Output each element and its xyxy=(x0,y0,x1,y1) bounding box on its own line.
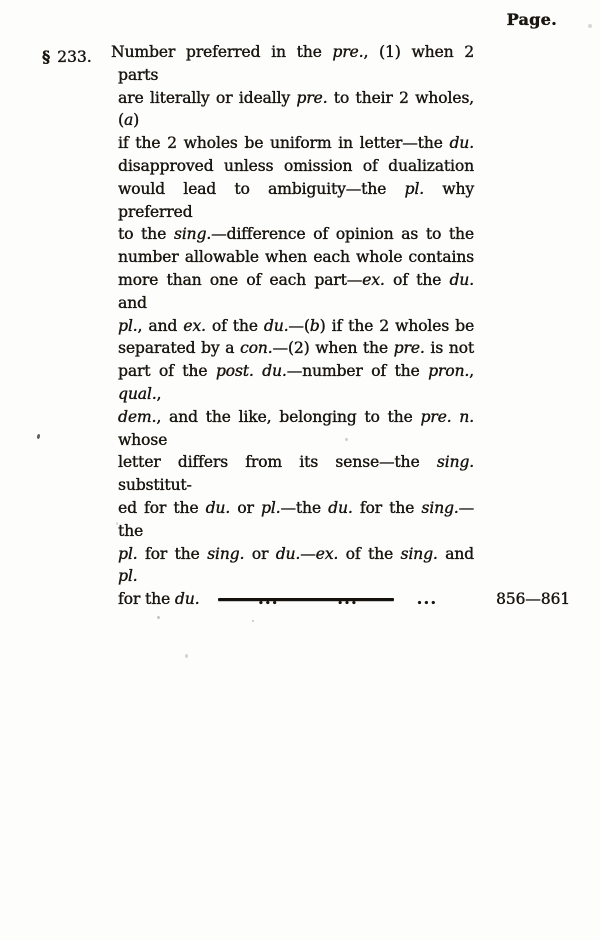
text-run: ) xyxy=(133,111,139,129)
entry-line: would lead to ambiguity—the pl. why pref… xyxy=(118,178,474,224)
abbreviation-italic: du. xyxy=(328,499,353,517)
last-line-text: for the du. xyxy=(118,588,199,611)
scan-speck xyxy=(252,620,254,622)
entry-line: to the sing.—difference of opinion as to… xyxy=(118,223,474,246)
text-run: separated by a xyxy=(118,339,240,357)
abbreviation-italic: ex. xyxy=(183,317,206,335)
entry-line: number allowable when each whole contain… xyxy=(118,246,474,269)
abbreviation-italic: con. xyxy=(240,339,273,357)
text-run: of the xyxy=(385,271,450,289)
entry-line: separated by a con.—(2) when the pre. is… xyxy=(118,337,474,360)
section-number: §233. xyxy=(42,47,92,66)
abbreviation-italic: b xyxy=(310,317,320,335)
entry-line: letter differs from its sense—the sing. … xyxy=(118,451,474,497)
scan-speck xyxy=(157,616,160,619)
text-run: ) if the 2 wholes be xyxy=(320,317,474,335)
entry-lines: Number preferred in the pre., (1) when 2… xyxy=(118,41,474,588)
page-range: 856—861 xyxy=(496,588,570,611)
scan-speck xyxy=(37,434,41,440)
text-run: disapproved unless omission of dualizati… xyxy=(118,157,474,175)
text-run: —number of the xyxy=(287,362,428,380)
text-run: whose xyxy=(118,431,167,449)
abbreviation-italic: ex. xyxy=(362,271,385,289)
text-run: —the xyxy=(280,499,328,517)
abbreviation-italic: du. xyxy=(206,499,231,517)
leader-dots: ... xyxy=(417,588,438,611)
text-run: would lead to ambiguity—the xyxy=(118,180,405,198)
text-run: —( xyxy=(288,317,309,335)
text-run: and xyxy=(438,545,474,563)
text-run: letter differs from its sense—the xyxy=(118,453,437,471)
text-run: for the xyxy=(353,499,422,517)
scan-speck xyxy=(116,522,118,525)
abbreviation-italic: pre. n. xyxy=(420,408,474,426)
text-run: if the 2 wholes be uniform in letter—the xyxy=(118,134,449,152)
abbreviation-italic: du. xyxy=(175,590,200,608)
book-page: Page. §233. Number preferred in the pre.… xyxy=(0,0,600,940)
text-run: —(2) when the xyxy=(273,339,394,357)
abbreviation-italic: du. xyxy=(264,317,289,335)
entry-line: part of the post. du.—number of the pron… xyxy=(118,360,474,406)
scan-speck xyxy=(588,24,592,28)
text-run: and xyxy=(118,294,147,312)
text-run: Number preferred in the xyxy=(111,43,332,61)
text-run: of the xyxy=(206,317,264,335)
text-run: to the xyxy=(118,225,174,243)
text-run: for the xyxy=(118,590,175,608)
abbreviation-italic: sing. xyxy=(421,499,458,517)
abbreviation-italic: pl. xyxy=(118,567,138,585)
page-column-label: Page. xyxy=(507,10,557,29)
text-run: for the xyxy=(138,545,208,563)
text-run: or xyxy=(244,545,275,563)
text-run: , and the like, belonging to the xyxy=(156,408,420,426)
section-number-text: 233. xyxy=(57,48,92,66)
text-run: — xyxy=(300,545,315,563)
abbreviation-italic: post. du. xyxy=(216,362,287,380)
text-run: , xyxy=(157,385,162,403)
abbreviation-italic: du. xyxy=(449,134,474,152)
abbreviation-italic: sing. xyxy=(400,545,437,563)
abbreviation-italic: pron. xyxy=(428,362,469,380)
abbreviation-italic: pl. xyxy=(118,317,138,335)
text-run: ed for the xyxy=(118,499,206,517)
entry-line: if the 2 wholes be uniform in letter—the… xyxy=(118,132,474,155)
entry-line: more than one of each part—ex. of the du… xyxy=(118,269,474,315)
text-run: substitut- xyxy=(118,476,192,494)
abbreviation-italic: pre. xyxy=(332,43,363,61)
entry-line: pl. for the sing. or du.—ex. of the sing… xyxy=(118,543,474,589)
text-run: part of the xyxy=(118,362,216,380)
entry-line: pl., and ex. of the du.—(b) if the 2 who… xyxy=(118,315,474,338)
text-run: are literally or ideally xyxy=(118,89,296,107)
text-run: , xyxy=(469,362,474,380)
section-divider-rule xyxy=(218,598,394,601)
entry-paragraph: Number preferred in the pre., (1) when 2… xyxy=(118,41,474,611)
text-run: number allowable when each whole contain… xyxy=(118,248,474,266)
abbreviation-italic: a xyxy=(124,111,133,129)
abbreviation-italic: du. xyxy=(449,271,474,289)
entry-line: Number preferred in the pre., (1) when 2… xyxy=(118,41,474,87)
abbreviation-italic: pre. xyxy=(394,339,425,357)
text-run: , and xyxy=(138,317,184,335)
entry-line: are literally or ideally pre. to their 2… xyxy=(118,87,474,133)
entry-line: ed for the du. or pl.—the du. for the si… xyxy=(118,497,474,543)
text-run: more than one of each part— xyxy=(118,271,362,289)
text-run: of the xyxy=(338,545,400,563)
text-run: or xyxy=(230,499,261,517)
entry-line: disapproved unless omission of dualizati… xyxy=(118,155,474,178)
abbreviation-italic: dem. xyxy=(118,408,156,426)
abbreviation-italic: pl. xyxy=(118,545,138,563)
abbreviation-italic: sing. xyxy=(207,545,244,563)
abbreviation-italic: pre. xyxy=(296,89,327,107)
section-mark: § xyxy=(42,47,50,66)
scan-speck xyxy=(345,438,348,441)
abbreviation-italic: pl. xyxy=(405,180,425,198)
abbreviation-italic: qual. xyxy=(118,385,157,403)
scan-speck xyxy=(185,654,188,658)
text-run: —difference of opinion as to the xyxy=(211,225,474,243)
scan-speck xyxy=(194,368,196,372)
entry-line: dem., and the like, belonging to the pre… xyxy=(118,406,474,452)
abbreviation-italic: sing. xyxy=(437,453,474,471)
abbreviation-italic: pl. xyxy=(261,499,281,517)
abbreviation-italic: du. xyxy=(276,545,301,563)
abbreviation-italic: sing. xyxy=(174,225,211,243)
abbreviation-italic: ex. xyxy=(316,545,339,563)
text-run: is not xyxy=(425,339,474,357)
